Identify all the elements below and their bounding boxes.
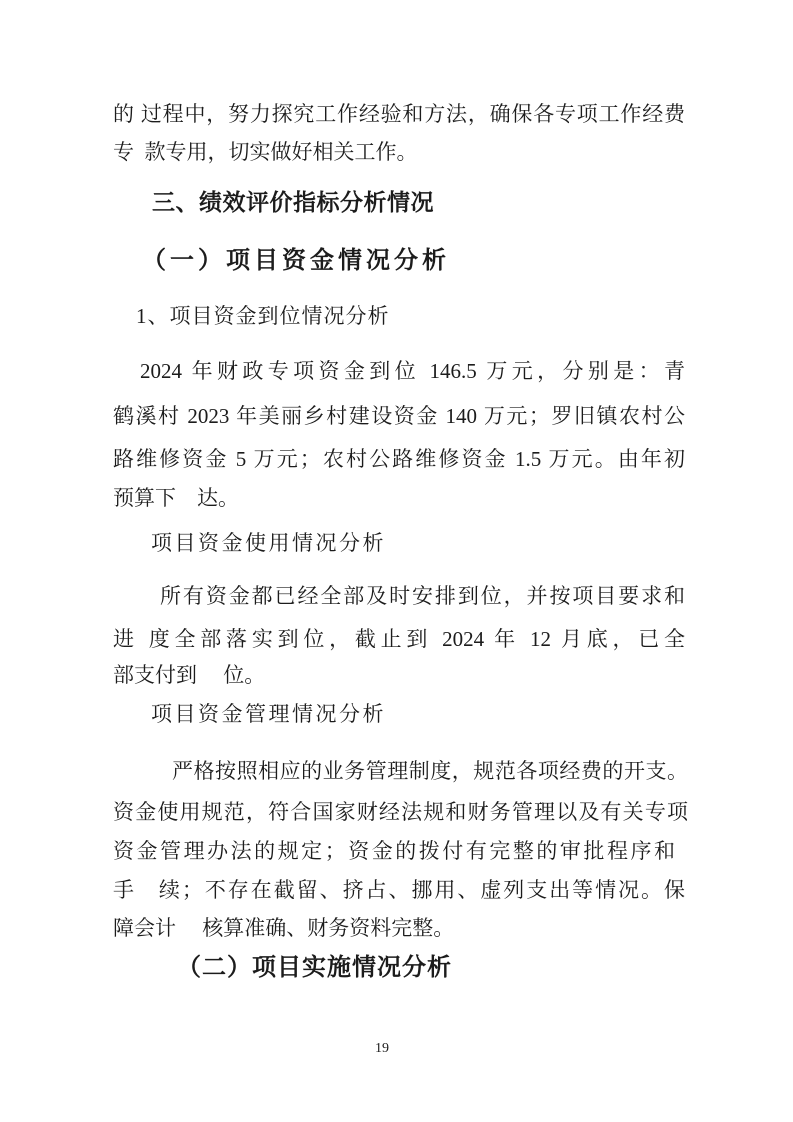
body-text-line: 部支付到 位。 xyxy=(113,665,265,686)
body-text-line: 专 款专用，切实做好相关工作。 xyxy=(113,142,418,163)
body-text-line: 2024 年财政专项资金到位 146.5 万元，分别是：青 xyxy=(140,361,685,382)
document-page: 的 过程中，努力探究工作经验和方法，确保各专项工作经费 专 款专用，切实做好相关… xyxy=(0,0,793,1122)
subsection-heading: （一）项目资金情况分析 xyxy=(142,249,450,273)
body-text-line: 严格按照相应的业务管理制度，规范各项经费的开支。 xyxy=(172,761,688,782)
numbered-item-heading: 1、项目资金到位情况分析 xyxy=(136,306,390,327)
body-text-line: 进 度全部落实到位，截止到 2024 年 12 月底，已全 xyxy=(113,629,685,650)
body-text-line: 路维修资金 5 万元；农村公路维修资金 1.5 万元。由年初 xyxy=(113,449,685,470)
body-text-line: 鹤溪村 2023 年美丽乡村建设资金 140 万元；罗旧镇农村公 xyxy=(113,406,685,427)
body-text-line: 预算下 达。 xyxy=(113,488,239,509)
body-text-line: 所有资金都已经全部及时安排到位，并按项目要求和 xyxy=(160,586,685,607)
subsection-heading: （二）项目实施情况分析 xyxy=(177,956,452,980)
section-heading: 三、绩效评价指标分析情况 xyxy=(152,191,434,214)
body-text-line: 障会计 核算准确、财务资料完整。 xyxy=(113,918,454,939)
sub-heading-line: 项目资金管理情况分析 xyxy=(151,704,386,725)
body-text-line: 资金使用规范，符合国家财经法规和财务管理以及有关专项 xyxy=(113,802,688,823)
body-text-line: 手 续；不存在截留、挤占、挪用、虚列支出等情况。保 xyxy=(113,880,685,901)
body-text-line: 资金管理办法的规定；资金的拨付有完整的审批程序和 xyxy=(113,841,675,862)
page-number: 19 xyxy=(352,1042,412,1056)
body-text-line: 的 过程中，努力探究工作经验和方法，确保各专项工作经费 xyxy=(113,104,685,125)
sub-heading-line: 项目资金使用情况分析 xyxy=(151,533,386,554)
